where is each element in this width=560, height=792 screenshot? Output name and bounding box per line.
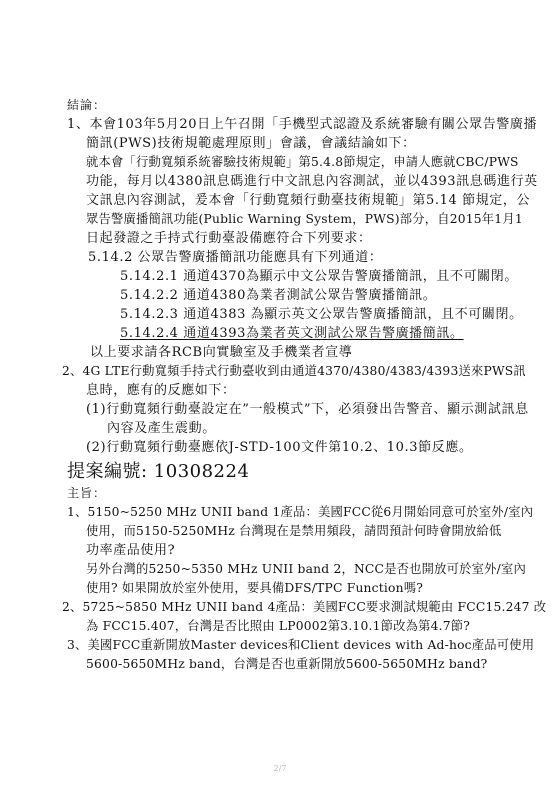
proposal-item1-line-5: 使用? 如果開放於室外使用，要具備DFS/TPC Function嗎? — [86, 579, 423, 598]
subsection-5-14-2-2: 5.14.2.2 通道4380為業者測試公眾告警廣播簡訊。 — [120, 286, 436, 305]
proposal-item3-line-2: 5600-5650MHz band，台灣是否也重新開放5600-5650MHz … — [86, 655, 487, 674]
subsection-5-14-2-3: 5.14.2.3 通道4383 為顯示英文公眾告警廣播簡訊，且不可關閉。 — [120, 305, 523, 324]
document-page: 結論： 1、本會103年5月20日上午召開「手機型式認證及系統審驗有關公眾告警廣… — [0, 0, 560, 792]
item2-sub1-line-1: (1)行動寬頻行動臺設定在”一般模式”下，必須發出告警音、顯示測試訊息 — [86, 400, 529, 419]
conclusion-label: 結論： — [67, 96, 106, 115]
proposal-item2-line-1: 2、5725~5850 MHz UNII band 4產品：美國FCC要求測試規… — [62, 598, 546, 617]
subsection-5-14-2-1: 5.14.2.1 通道4370為顯示中文公眾告警廣播簡訊，且不可關閉。 — [120, 267, 518, 286]
page-number: 2/7 — [0, 764, 560, 773]
item1-line-6: 眾告警廣播簡訊功能(Public Warning System，PWS)部分，自… — [86, 210, 523, 229]
subsection-5-14-2-4: 5.14.2.4 通道4393為業者英文測試公眾告警廣播簡訊。 — [120, 324, 464, 343]
proposal-item1-line-1: 1、5150~5250 MHz UNII band 1產品：美國FCC從6月開始… — [67, 503, 533, 522]
item2-line-2: 息時，應有的反應如下： — [86, 381, 236, 400]
item2-sub2: (2)行動寬頻行動臺應依J-STD-100文件第10.2、10.3節反應。 — [86, 438, 473, 457]
item2-line-1: 2、4G LTE行動寬頻手持式行動臺收到由通道4370/4380/4383/43… — [62, 362, 526, 381]
proposal-item1-line-4: 另外台灣的5250~5350 MHz UNII band 2，NCC是否也開放可… — [86, 560, 526, 579]
proposal-item3-line-1: 3、美國FCC重新開放Master devices和Client devices… — [67, 636, 534, 655]
item1-line-5: 文訊息內容測試，爰本會「行動寬頻行動臺技術規範」第5.14 節規定，公 — [86, 191, 530, 210]
item1-line-7: 日起發證之手持式行動臺設備應符合下列要求： — [86, 229, 372, 248]
item1-line-1: 1、本會103年5月20日上午召開「手機型式認證及系統審驗有關公眾告警廣播 — [67, 115, 537, 134]
item1-line-3: 就本會「行動寬頻系統審驗技術規範」第5.4.8節規定，申請人應就CBC/PWS — [86, 153, 519, 172]
item2-sub1-line-2: 內容及產生震動。 — [107, 419, 216, 438]
proposal-item1-line-3: 功率產品使用? — [86, 541, 175, 560]
item1-line-2: 簡訊(PWS)技術規範處理原則」會議，會議結論如下： — [86, 134, 416, 153]
proposal-item2-line-2: 為 FCC15.407，台灣是否比照由 LP0002第3.10.1節改為第4.7… — [86, 617, 470, 636]
subject-label: 主旨： — [67, 484, 106, 503]
item1-line-4: 功能，每月以4380訊息碼進行中文訊息內容測試，並以4393訊息碼進行英 — [86, 172, 538, 191]
proposal-title: 提案編號: 10308224 — [67, 461, 249, 483]
section-5-14-2: 5.14.2 公眾告警廣播簡訊功能應具有下列通道： — [88, 248, 382, 267]
proposal-item1-line-2: 使用，而5150-5250MHz 台灣現在是禁用頻段，請問預計何時會開放給低 — [86, 522, 501, 541]
rcb-note: 以上要求請各RCB向實驗室及手機業者宣導 — [90, 343, 352, 362]
